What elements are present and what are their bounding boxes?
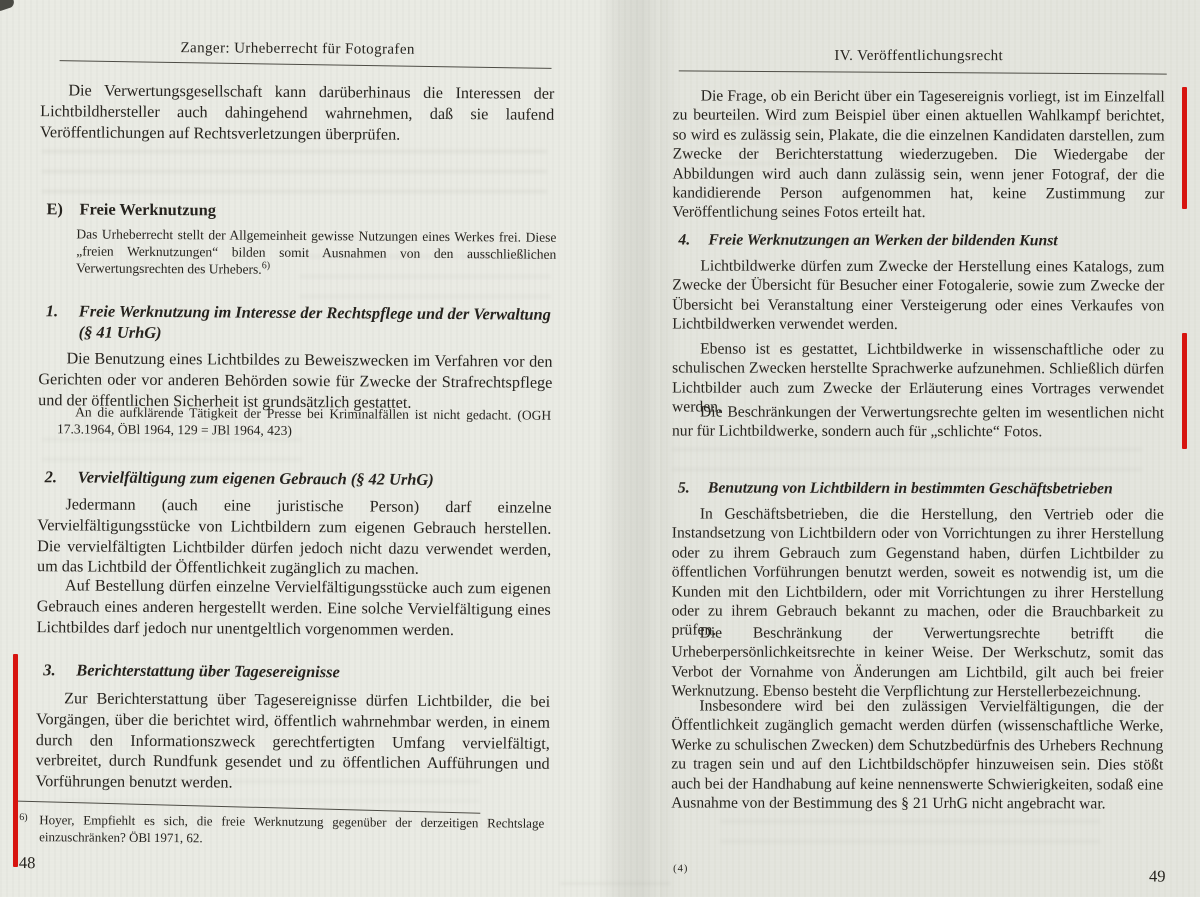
right-header-rule <box>679 70 1167 74</box>
section-4-heading: 4. Freie Werknutzungen an Werken der bil… <box>678 230 1168 251</box>
margin-marker-line-right-2 <box>1182 333 1187 449</box>
section-4-paragraph-1: Lichtbildwerke dürfen zum Zwecke der Her… <box>672 256 1164 335</box>
section-5-number: 5. <box>678 478 708 498</box>
section-5-paragraph-3: Insbesondere wird bei den zulässigen Ver… <box>671 696 1163 813</box>
section-5-heading: 5. Benutzung von Lichtbildern in bestimm… <box>678 478 1168 499</box>
scanned-book-spread: { "colors": { "paper": "#e9eae3", "ink":… <box>0 0 1200 897</box>
section-5-title: Benutzung von Lichtbildern in bestimmten… <box>708 479 1113 500</box>
margin-marker-line-left <box>13 654 18 867</box>
right-intro-paragraph: Die Frage, ob ein Bericht über ein Tages… <box>672 86 1164 223</box>
section-4-number: 4. <box>678 230 708 250</box>
right-page-number: 49 <box>1149 866 1166 886</box>
margin-marker-line-right-1 <box>1182 87 1187 209</box>
plate-mark: (4) <box>673 863 688 874</box>
right-page: IV. Veröffentlichungsrecht Die Frage, ob… <box>0 0 1200 897</box>
section-4-paragraph-3: Die Beschränkungen der Verwertungsrechte… <box>672 402 1164 442</box>
section-5-paragraph-2: Die Beschränkung der Verwertungsrechte b… <box>671 623 1163 702</box>
section-5-paragraph-1: In Geschäftsbetrieben, die die Herstellu… <box>672 504 1164 641</box>
right-running-header: IV. Veröffentlichungsrecht <box>673 47 1165 65</box>
section-4-title: Freie Werknutzungen an Werken der bilden… <box>708 231 1057 252</box>
